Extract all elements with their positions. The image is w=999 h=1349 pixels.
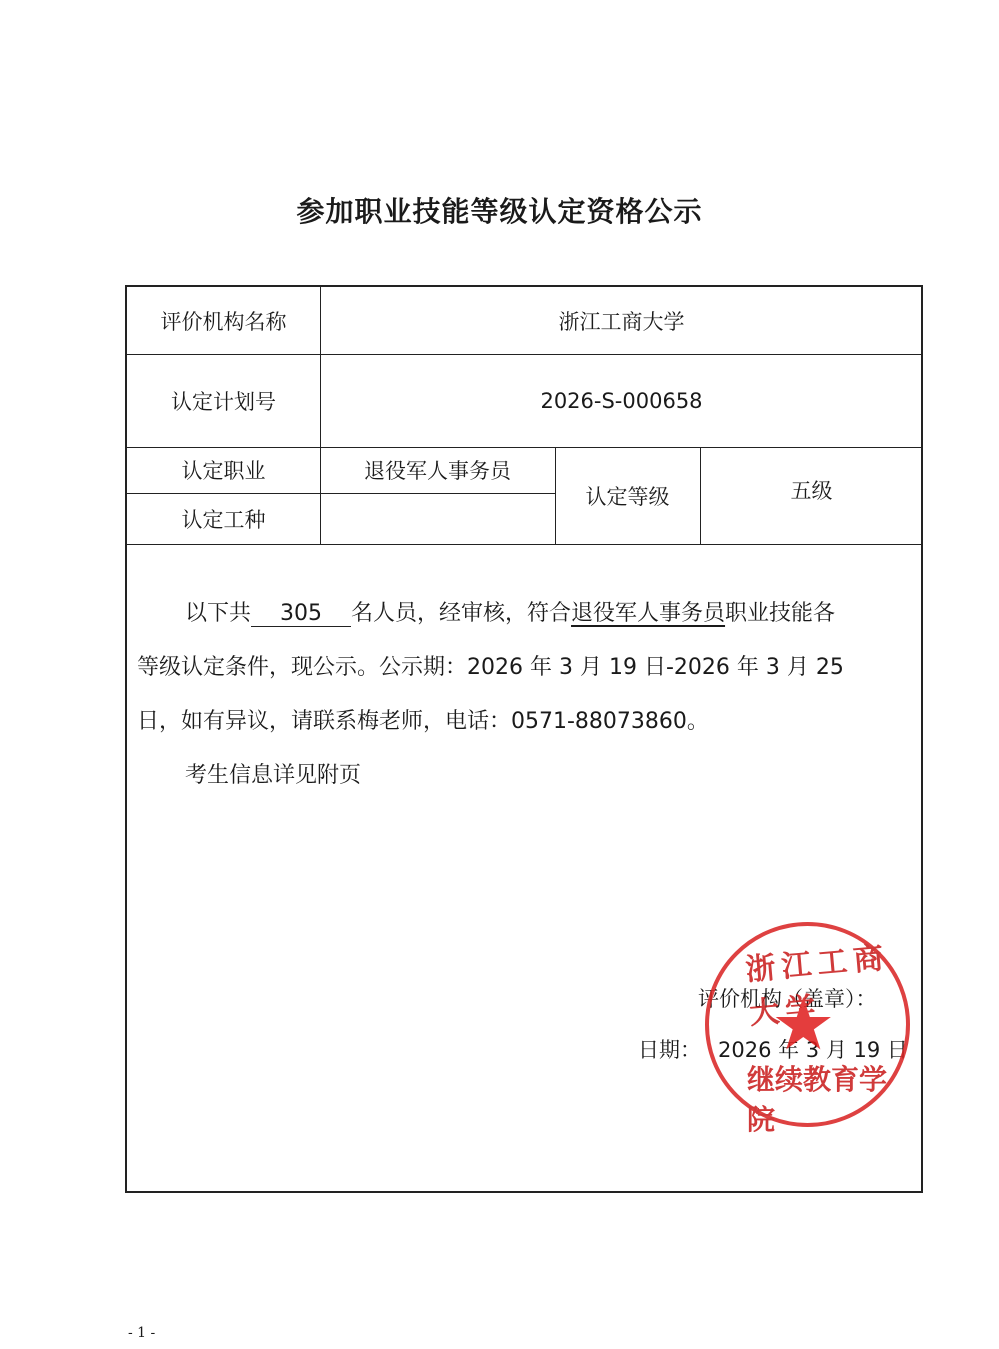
occupation-underlined: 退役军人事务员 xyxy=(571,601,725,626)
worktype-label: 认定工种 xyxy=(127,493,320,544)
count-field: 305 xyxy=(251,602,351,627)
body-text: 名人员，经审核，符合 xyxy=(351,601,571,626)
seal-bottom-text: 继续教育学院 xyxy=(747,1058,906,1138)
org-name-label: 评价机构名称 xyxy=(127,287,320,354)
body-line-1: 以下共305名人员，经审核，符合退役军人事务员职业技能各 xyxy=(137,587,911,641)
body-line-2: 等级认定条件，现公示。公示期：2026 年 3 月 19 日-2026 年 3 … xyxy=(137,641,911,695)
body-line-3: 日，如有异议，请联系梅老师，电话：0571-88073860。 xyxy=(137,695,911,749)
org-name-value: 浙江工商大学 xyxy=(320,287,923,354)
occupation-value: 退役军人事务员 xyxy=(320,447,555,493)
date-label: 日期： xyxy=(638,1034,701,1064)
divider xyxy=(127,544,923,545)
body-text: 以下共 xyxy=(185,601,251,626)
plan-number-label: 认定计划号 xyxy=(127,354,320,447)
worktype-value xyxy=(320,493,555,544)
official-seal: 浙江工商大学 ★ 继续教育学院 xyxy=(705,922,910,1127)
notice-body: 以下共305名人员，经审核，符合退役军人事务员职业技能各 等级认定条件，现公示。… xyxy=(137,587,911,803)
page-number: - 1 - xyxy=(128,1325,155,1341)
occupation-label: 认定职业 xyxy=(127,447,320,493)
level-value: 五级 xyxy=(700,447,923,532)
body-text: 职业技能各 xyxy=(725,601,835,626)
body-line-4: 考生信息详见附页 xyxy=(137,749,911,803)
star-icon: ★ xyxy=(771,988,836,1060)
plan-number-value: 2026-S-000658 xyxy=(320,354,923,447)
document-title: 参加职业技能等级认定资格公示 xyxy=(0,190,999,230)
level-label: 认定等级 xyxy=(555,447,700,544)
